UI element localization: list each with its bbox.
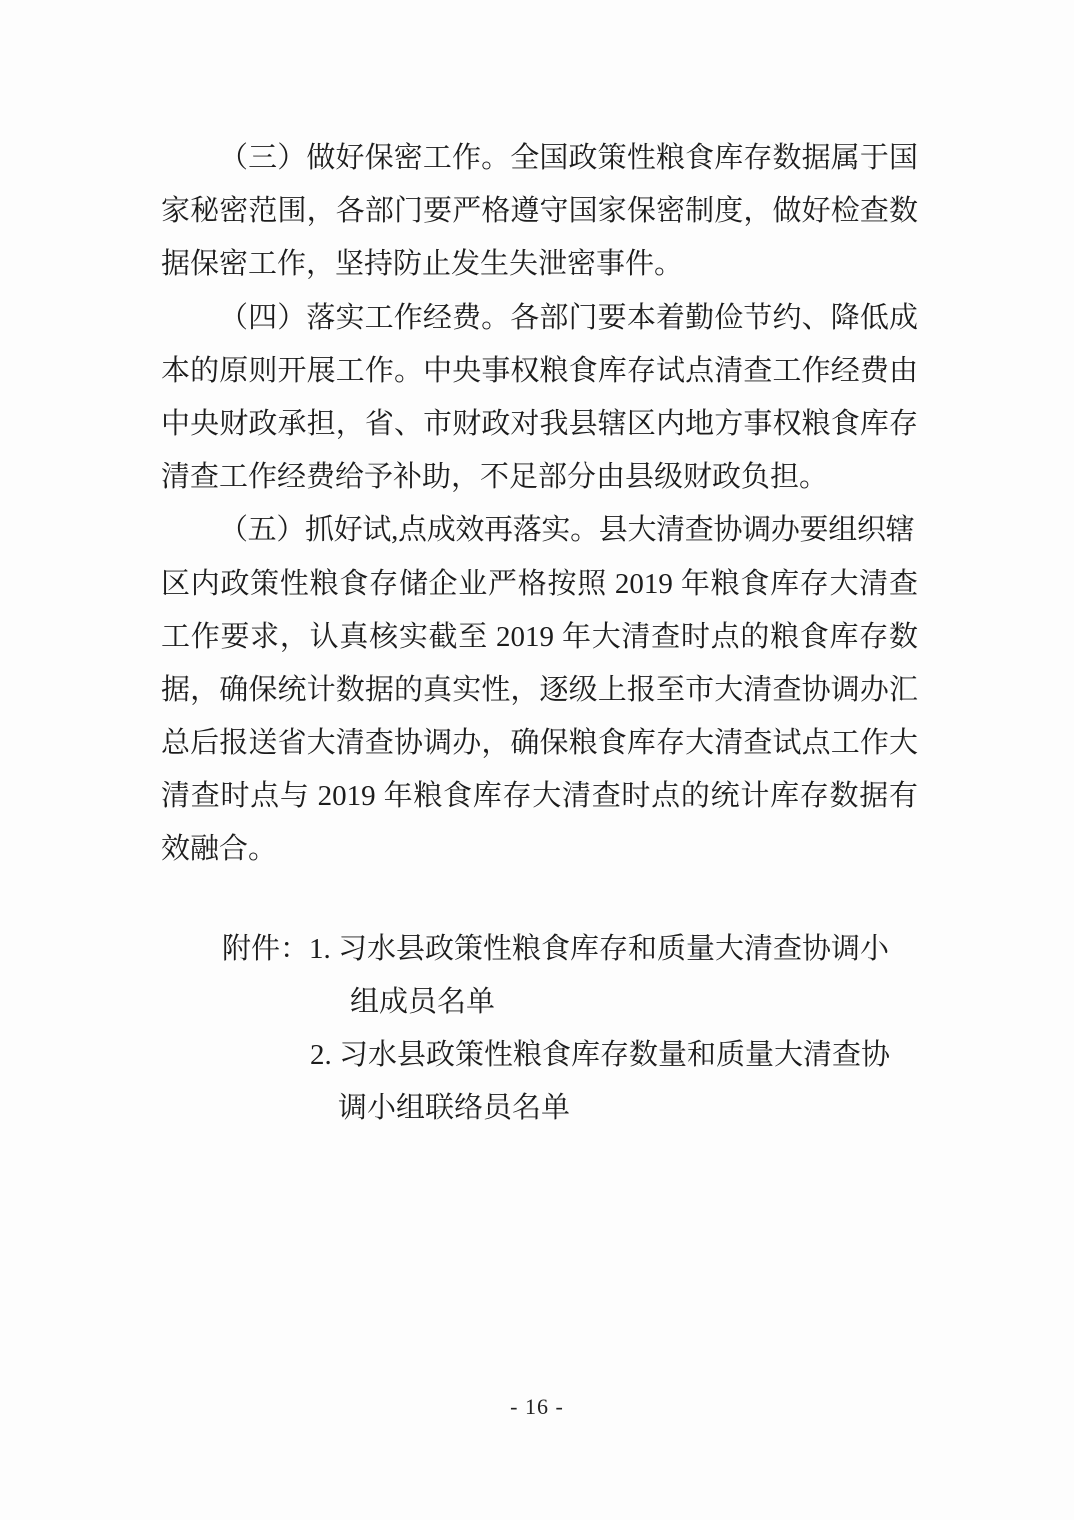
para-3-line-1: （三）做好保密工作。全国政策性粮食库存数据属于国	[161, 132, 918, 185]
para-3-line-2: 家秘密范围，各部门要严格遵守国家保密制度，做好检查数	[161, 185, 918, 238]
para-4-line-1: （四）落实工作经费。各部门要本着勤俭节约、降低成	[161, 292, 918, 345]
para-4-line-4: 清查工作经费给予补助，不足部分由县级财政负担。	[161, 451, 918, 504]
attachment-item-1-line-1: 附件：1. 习水县政策性粮食库存和质量大清查协调小	[222, 923, 918, 976]
page-number: - 16 -	[0, 1394, 1074, 1420]
para-5-line-4: 据，确保统计数据的真实性，逐级上报至市大清查协调办汇	[161, 664, 918, 717]
para-4-line-3: 中央财政承担，省、市财政对我县辖区内地方事权粮食库存	[161, 398, 918, 451]
document-body: （三）做好保密工作。全国政策性粮食库存数据属于国 家秘密范围，各部门要严格遵守国…	[161, 132, 918, 1135]
para-5-line-3: 工作要求，认真核实截至 2019 年大清查时点的粮食库存数	[161, 611, 918, 664]
para-5-line-6: 清查时点与 2019 年粮食库存大清查时点的统计库存数据有	[161, 770, 918, 823]
para-5-line-2: 区内政策性粮食存储企业严格按照 2019 年粮食库存大清查	[161, 558, 918, 611]
attachment-item-2-line-1: 2. 习水县政策性粮食库存数量和质量大清查协	[310, 1029, 918, 1082]
attachment-item-2-line-2: 调小组联络员名单	[338, 1082, 918, 1135]
para-5-line-5: 总后报送省大清查协调办，确保粮食库存大清查试点工作大	[161, 717, 918, 770]
para-4-line-2: 本的原则开展工作。中央事权粮食库存试点清查工作经费由	[161, 345, 918, 398]
attachment-item-1-line-2: 组成员名单	[350, 976, 918, 1029]
attachment-item-1-title: 1. 习水县政策性粮食库存和质量大清查协调小	[309, 933, 889, 965]
attachments-block: 附件：1. 习水县政策性粮食库存和质量大清查协调小 组成员名单 2. 习水县政策…	[161, 923, 918, 1136]
para-3-line-3: 据保密工作，坚持防止发生失泄密事件。	[161, 238, 918, 291]
para-5-line-1: （五）抓好试,点成效再落实。县大清查协调办要组织辖	[161, 504, 918, 557]
attachments-label: 附件：	[222, 933, 309, 965]
document-page: （三）做好保密工作。全国政策性粮食库存数据属于国 家秘密范围，各部门要严格遵守国…	[0, 0, 1074, 1520]
para-5-line-7: 效融合。	[161, 823, 918, 876]
